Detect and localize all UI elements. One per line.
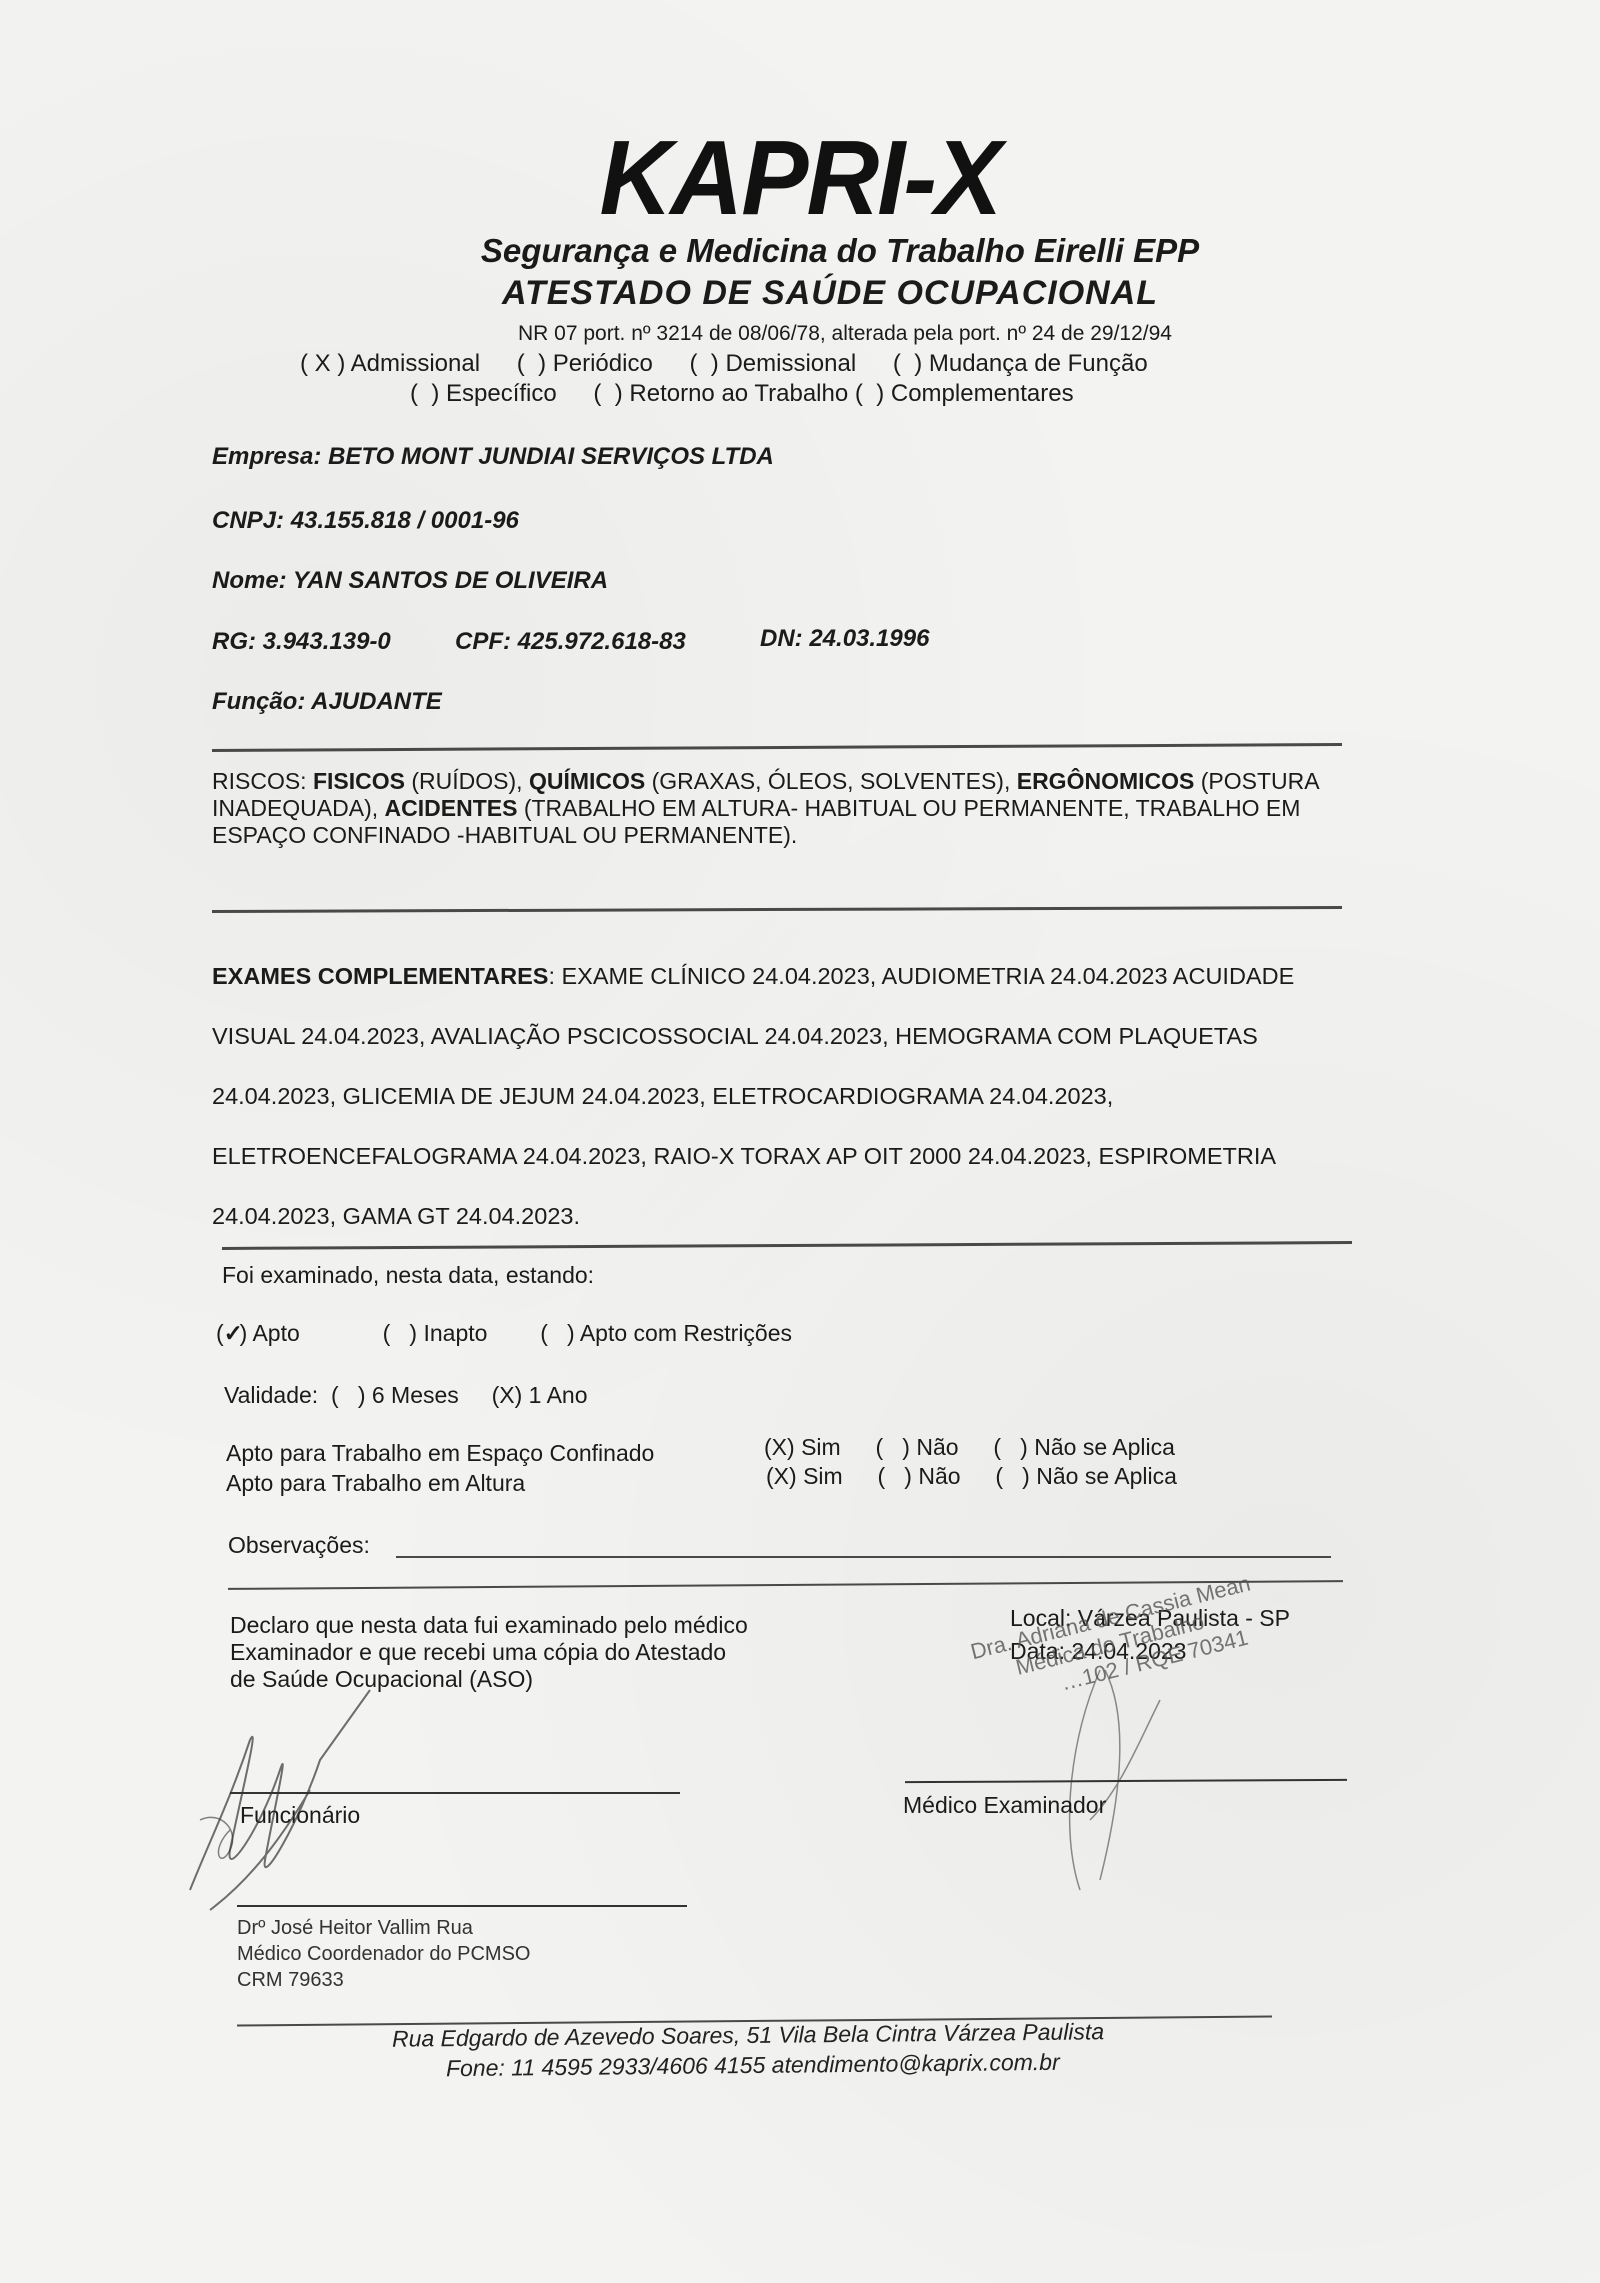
company-name: Segurança e Medicina do Trabalho Eirelli…	[0, 232, 1600, 270]
company-logo: KAPRI-X	[0, 118, 1600, 239]
validade-row: Validade: ( ) 6 Meses (X) 1 Ano	[224, 1382, 588, 1409]
exam-type-checkbox[interactable]: ( )	[410, 380, 439, 407]
medico-examinador-label: Médico Examinador	[903, 1792, 1106, 1819]
coordenador-role: Médico Coordenador do PCMSO	[237, 1941, 530, 1967]
seis-meses-checkbox[interactable]: ( )	[325, 1382, 366, 1408]
funcao-field: Função: AJUDANTE	[212, 688, 442, 716]
document-title: ATESTADO DE SAÚDE OCUPACIONAL	[0, 274, 1600, 313]
inapto-checkbox[interactable]: ( )	[383, 1320, 418, 1346]
confinado-options: (X) Sim ( ) Não ( ) Não se Aplica	[764, 1434, 1175, 1461]
coordenador-crm: CRM 79633	[237, 1967, 530, 1993]
funcao-value: AJUDANTE	[311, 688, 442, 715]
cnpj-field: CNPJ: 43.155.818 / 0001-96	[212, 507, 519, 535]
altura-na-checkbox[interactable]: ( )	[995, 1463, 1030, 1489]
apto-restricoes-label: Apto com Restrições	[580, 1320, 792, 1346]
exames-section: EXAMES COMPLEMENTARES: EXAME CLÍNICO 24.…	[212, 946, 1372, 1246]
cnpj-label: CNPJ:	[212, 507, 284, 534]
option-label: Sim	[803, 1463, 843, 1489]
regulation-text: NR 07 port. nº 3214 de 08/06/78, alterad…	[0, 322, 1600, 346]
cnpj-value: 43.155.818 / 0001-96	[291, 507, 519, 534]
exam-type-label: Retorno ao Trabalho	[629, 380, 848, 407]
altura-label: Apto para Trabalho em Altura	[226, 1470, 525, 1497]
empresa-value: BETO MONT JUNDIAI SERVIÇOS LTDA	[328, 443, 774, 470]
exam-type-row-1: ( X ) Admissional ( ) Periódico ( ) Demi…	[300, 350, 1148, 378]
empresa-label: Empresa:	[212, 443, 321, 470]
altura-options: (X) Sim ( ) Não ( ) Não se Aplica	[766, 1463, 1177, 1490]
apto-label: Apto	[252, 1320, 299, 1346]
exam-type-checkbox[interactable]: ( X )	[300, 350, 345, 377]
apto-checkbox[interactable]: (✓)	[216, 1320, 247, 1346]
aso-document: KAPRI-X Segurança e Medicina do Trabalho…	[0, 0, 1600, 2283]
nome-value: YAN SANTOS DE OLIVEIRA	[293, 567, 608, 594]
exam-type-label: Específico	[446, 380, 557, 407]
exam-type-label: Demissional	[725, 350, 856, 377]
altura-sim-checkbox[interactable]: (X)	[766, 1463, 797, 1489]
risco-ergonomicos: ERGÔNOMICOS	[1017, 768, 1195, 794]
apto-row: (✓) Apto ( ) Inapto ( ) Apto com Restriç…	[216, 1320, 792, 1347]
exam-type-label: Periódico	[553, 350, 653, 377]
dn-label: DN:	[760, 625, 803, 652]
cpf-field: CPF: 425.972.618-83	[455, 628, 686, 656]
exam-type-label: Admissional	[351, 350, 480, 377]
confinado-label: Apto para Trabalho em Espaço Confinado	[226, 1440, 654, 1467]
risco-fisicos-detail: (RUÍDOS),	[405, 768, 529, 794]
footer-contact: Fone: 11 4595 2933/4606 4155 atendimento…	[446, 2049, 1060, 2082]
validade-label: Validade:	[224, 1382, 318, 1408]
coordenador-signature-line	[237, 1905, 687, 1907]
exam-type-row-2: ( ) Específico ( ) Retorno ao Trabalho (…	[410, 380, 1074, 408]
option-label: Sim	[801, 1434, 841, 1460]
employee-signature	[170, 1680, 430, 1920]
confinado-nao-checkbox[interactable]: ( )	[875, 1434, 910, 1460]
rg-label: RG:	[212, 628, 256, 655]
observacoes-label: Observações:	[228, 1532, 370, 1559]
declaracao-line: Declaro que nesta data fui examinado pel…	[230, 1612, 748, 1639]
exam-type-checkbox[interactable]: ( )	[893, 350, 922, 377]
confinado-sim-checkbox[interactable]: (X)	[764, 1434, 795, 1460]
um-ano-checkbox[interactable]: (X)	[492, 1382, 523, 1408]
risco-acidentes: ACIDENTES	[385, 795, 518, 821]
divider	[212, 906, 1342, 913]
risco-quimicos: QUÍMICOS	[529, 768, 645, 794]
option-label: Não se Aplica	[1034, 1434, 1175, 1460]
risco-fisicos: FISICOS	[313, 768, 405, 794]
resultado-intro: Foi examinado, nesta data, estando:	[222, 1262, 594, 1289]
declaracao-line: Examinador e que recebi uma cópia do Ate…	[230, 1639, 748, 1666]
divider	[212, 743, 1342, 752]
exam-type-label: Complementares	[891, 380, 1074, 407]
dn-value: 24.03.1996	[809, 625, 929, 652]
apto-restricoes-checkbox[interactable]: ( )	[540, 1320, 575, 1346]
riscos-label: RISCOS:	[212, 768, 307, 794]
exam-type-checkbox[interactable]: ( )	[517, 350, 546, 377]
dn-field: DN: 24.03.1996	[760, 625, 929, 653]
exames-label: EXAMES COMPLEMENTARES	[212, 963, 548, 989]
option-label: Não se Aplica	[1036, 1463, 1177, 1489]
seis-meses-label: 6 Meses	[372, 1382, 459, 1408]
option-label: Não	[918, 1463, 960, 1489]
option-label: Não	[916, 1434, 958, 1460]
exam-type-checkbox[interactable]: ( )	[689, 350, 718, 377]
observacoes-field[interactable]	[396, 1556, 1331, 1558]
exames-list: : EXAME CLÍNICO 24.04.2023, AUDIOMETRIA …	[212, 963, 1294, 1229]
riscos-section: RISCOS: FISICOS (RUÍDOS), QUÍMICOS (GRAX…	[212, 768, 1332, 849]
nome-label: Nome:	[212, 567, 287, 594]
confinado-na-checkbox[interactable]: ( )	[993, 1434, 1028, 1460]
cpf-value: 425.972.618-83	[518, 628, 686, 655]
cpf-label: CPF:	[455, 628, 511, 655]
coordenador-name: Drº José Heitor Vallim Rua	[237, 1915, 530, 1941]
exam-type-label: Mudança de Função	[929, 350, 1148, 377]
altura-nao-checkbox[interactable]: ( )	[877, 1463, 912, 1489]
rg-value: 3.943.139-0	[263, 628, 391, 655]
nome-field: Nome: YAN SANTOS DE OLIVEIRA	[212, 567, 608, 595]
empresa-field: Empresa: BETO MONT JUNDIAI SERVIÇOS LTDA	[212, 443, 774, 471]
inapto-label: Inapto	[423, 1320, 487, 1346]
rg-field: RG: 3.943.139-0	[212, 628, 391, 656]
exam-type-checkbox[interactable]: ( )	[855, 380, 884, 407]
risco-quimicos-detail: (GRAXAS, ÓLEOS, SOLVENTES),	[645, 768, 1017, 794]
coordenador-block: Drº José Heitor Vallim Rua Médico Coorde…	[237, 1915, 530, 1993]
exam-type-checkbox[interactable]: ( )	[593, 380, 622, 407]
funcao-label: Função:	[212, 688, 305, 715]
um-ano-label: 1 Ano	[529, 1382, 588, 1408]
